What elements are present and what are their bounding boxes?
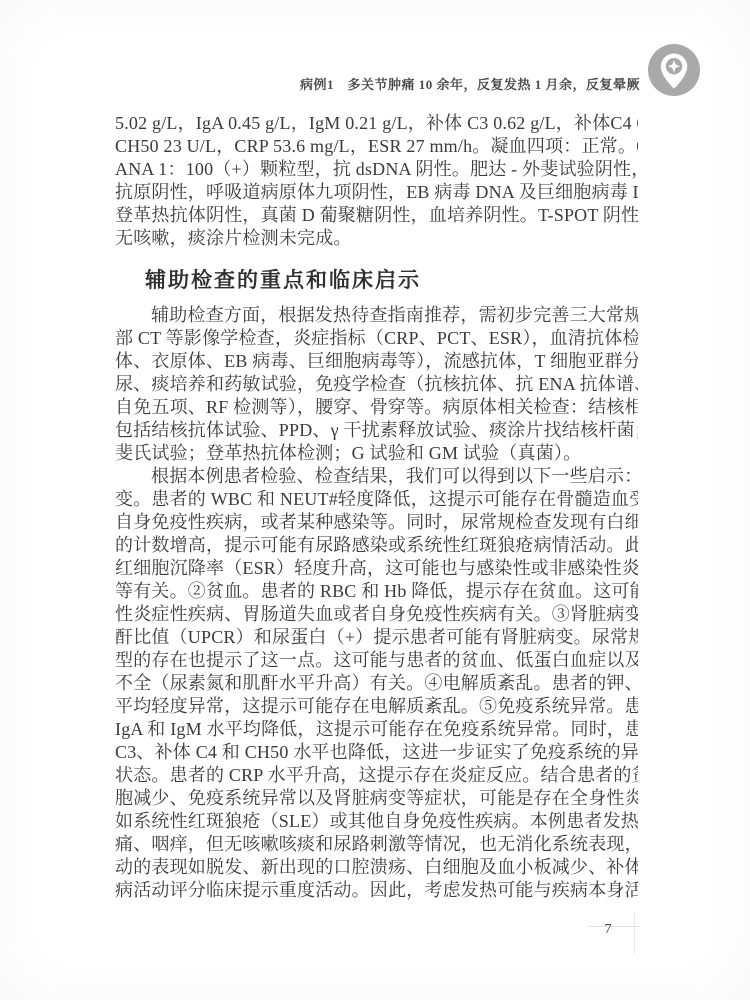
text-line: 登革热抗体阴性，真菌 D 葡聚糖阴性，血培养阴性。T-SPOT 阴性。本次入院 bbox=[115, 204, 638, 227]
text-line: 尿、痰培养和药敏试验，免疫学检查（抗核抗体、抗 ENA 抗体谱、风湿三项、 bbox=[115, 373, 638, 396]
text-line: 5.02 g/L，IgA 0.45 g/L，IgM 0.21 g/L，补体 C3… bbox=[115, 112, 638, 135]
text-line: 型的存在也提示了这一点。这可能与患者的贫血、低蛋白血症以及轻度肾功能 bbox=[115, 649, 638, 672]
paragraph: 5.02 g/L，IgA 0.45 g/L，IgM 0.21 g/L，补体 C3… bbox=[115, 112, 638, 250]
page-number: 7 bbox=[596, 922, 620, 938]
text-line: C3、补体 C4 和 CH50 水平也降低，这进一步证实了免疫系统的异常。⑥炎症 bbox=[115, 741, 638, 764]
text-line: 性炎症性疾病、胃肠道失血或者自身免疫性疾病有关。③肾脏病变。尿蛋白肌 bbox=[115, 603, 638, 626]
location-pin-icon bbox=[648, 44, 700, 96]
text-line: 不全（尿素氮和肌酐水平升高）有关。④电解质紊乱。患者的钾、钠和钙水 bbox=[115, 672, 638, 695]
text-line: CH50 23 U/L，CRP 53.6 mg/L，ESR 27 mm/h。凝血… bbox=[115, 135, 638, 158]
text-line: 如系统性红斑狼疮（SLE）或其他自身免疫性疾病。本例患者发热以来，有咽 bbox=[115, 810, 638, 833]
text-line: 体、衣原体、EB 病毒、巨细胞病毒等），流感抗体，T 细胞亚群分析，血、 bbox=[115, 350, 638, 373]
text-line: 动的表现如脱发、新出现的口腔溃疡、白细胞及血小板减少、补体下降等，疾 bbox=[115, 856, 638, 879]
text-line: 自免五项、RF 检测等），腰穿、骨穿等。病原体相关检查：结核相关的检查 bbox=[115, 396, 638, 419]
text-line: 包括结核抗体试验、PPD、γ 干扰素释放试验、痰涂片找结核杆菌；肥达 + 外 bbox=[115, 419, 638, 442]
text-line: 等有关。②贫血。患者的 RBC 和 Hb 降低，提示存在贫血。这可能与患者的慢 bbox=[115, 580, 638, 603]
text-line: 痛、咽痒，但无咳嗽咳痰和尿路刺激等情况，也无消化系统表现，存在狼疮活 bbox=[115, 833, 638, 856]
text-line: 辅助检查方面，根据发热待查指南推荐，需初步完善三大常规，胸片、胸 bbox=[115, 304, 638, 327]
text-line: IgA 和 IgM 水平均降低，这提示可能存在免疫系统异常。同时，患者的补体 bbox=[115, 718, 638, 741]
paragraph: 辅助检查方面，根据发热待查指南推荐，需初步完善三大常规，胸片、胸部 CT 等影像… bbox=[115, 304, 638, 465]
text-line: 平均轻度异常，这提示可能存在电解质紊乱。⑤免疫系统异常。患者的 IgG、 bbox=[115, 695, 638, 718]
text-line: 胞减少、免疫系统异常以及肾脏病变等症状，可能是存在全身性炎症性疾病， bbox=[115, 787, 638, 810]
book-page: 病例1 多关节肿痛 10 余年，反复发热 1 月余，反复晕厥 5.02 g/L，… bbox=[0, 0, 750, 1000]
text-line: 的计数增高，提示可能有尿路感染或系统性红斑狼疮病情活动。此外，患者的 bbox=[115, 534, 638, 557]
text-line: 变。患者的 WBC 和 NEUT#轻度降低，这提示可能存在骨髓造血受到抑制或者 bbox=[115, 488, 638, 511]
text-line: 自身免疫性疾病，或者某种感染等。同时，尿常规检查发现有白细胞和红细胞 bbox=[115, 511, 638, 534]
paragraph: 根据本例患者检验、检查结果，我们可以得到以下一些启示：①感染性病变。患者的 WB… bbox=[115, 465, 638, 902]
text-line: ANA 1：100（+）颗粒型，抗 dsDNA 阴性。肥达 - 外斐试验阴性，流… bbox=[115, 158, 638, 181]
text-line: 状态。患者的 CRP 水平升高，这提示存在炎症反应。结合患者的贫血、白细 bbox=[115, 764, 638, 787]
text-line: 酐比值（UPCR）和尿蛋白（+）提示患者可能有肾脏病变。尿常规中尿液管 bbox=[115, 626, 638, 649]
running-head: 病例1 多关节肿痛 10 余年，反复发热 1 月余，反复晕厥 bbox=[300, 74, 640, 93]
text-line: 红细胞沉降率（ESR）轻度升高，这可能也与感染性或非感染性炎症或者贫血 bbox=[115, 557, 638, 580]
text-line: 斐氏试验；登革热抗体检测；G 试验和 GM 试验（真菌）。 bbox=[115, 442, 638, 465]
section-heading: 辅助检查的重点和临床启示 bbox=[115, 266, 638, 294]
text-line: 病活动评分临床提示重度活动。因此，考虑发热可能与疾病本身活动有关。但 bbox=[115, 879, 638, 902]
page-content: 5.02 g/L，IgA 0.45 g/L，IgM 0.21 g/L，补体 C3… bbox=[115, 112, 638, 902]
text-line: 抗原阴性，呼吸道病原体九项阴性，EB 病毒 DNA 及巨细胞病毒 DNA 阴性。 bbox=[115, 181, 638, 204]
text-line: 根据本例患者检验、检查结果，我们可以得到以下一些启示：①感染性病 bbox=[115, 465, 638, 488]
location-pin-icon-svg bbox=[648, 44, 700, 96]
crop-mark-vertical bbox=[634, 912, 635, 954]
text-line: 部 CT 等影像学检查，炎症指标（CRP、PCT、ESR），血清抗体检查（支原 bbox=[115, 327, 638, 350]
text-line: 无咳嗽，痰涂片检测未完成。 bbox=[115, 227, 638, 250]
